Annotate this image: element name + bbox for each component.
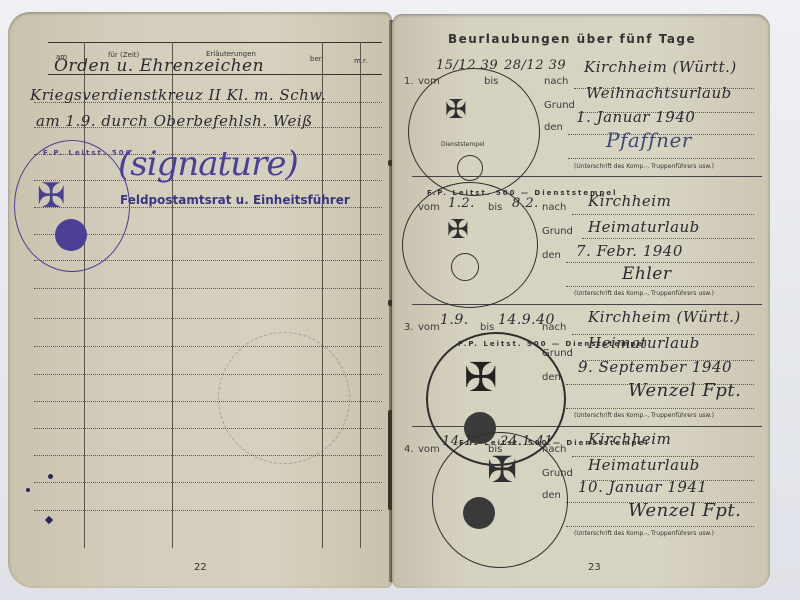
label-nach: nach [544,76,568,87]
leave-issue-date: 9. September 1940 [578,358,732,376]
eagle-emblem-icon: ✠ [447,217,469,243]
right-page: Beurlaubungen über fünf Tage 1. vom bis … [392,14,770,588]
stamp-ring-text: F.P. Leitst. 500 — Dienststempel [458,340,649,348]
label-den: den [542,250,561,261]
signature-title-stamp: Feldpostamtsrat u. Einheitsführer [120,193,350,207]
left-page: am für (Zeit) Erläuterungen ber. m.r. Or… [8,12,392,588]
field-line [572,214,754,215]
leave-index: 3. [404,322,414,333]
row-line [34,346,382,347]
wreath-emblem-icon [463,497,495,529]
leave-from-date: 1.9. [440,312,469,328]
ink-spot [26,488,30,492]
leave-issue-date: 10. Januar 1941 [578,478,707,496]
stamp-label: Dienststempel [441,141,484,148]
row-line [34,482,382,483]
label-nach: nach [542,202,566,213]
stamp-ring-text: F.P. Leitst. 500 — Dienststempel [427,189,618,197]
wreath-emblem-icon [457,155,483,181]
ink-spot [45,516,53,524]
label-vom: vom [418,444,440,455]
row-line [34,510,382,511]
official-stamp-blue: F.P. Leitst. 500 ✠ [14,140,130,272]
signature-caption: (Unterschrift des Komp.-, Truppenführers… [574,163,714,170]
row-line [34,288,382,289]
field-line [582,238,754,239]
leave-destination: Kirchheim (Württ.) [584,58,737,76]
field-line [566,408,754,409]
leave-issue-date: 1. Januar 1940 [576,108,695,126]
signature-caption: (Unterschrift des Komp.-, Truppenführers… [574,530,714,537]
column-divider [322,42,323,548]
stamp-ring-text: F.P. Leitst. 500 — Dienststempel [459,439,650,447]
official-stamp: F.P. Leitst. 500 — Dienststempel ✠ [402,182,538,308]
label-grund: Grund [542,226,573,237]
page-title: Beurlaubungen über fünf Tage [448,32,696,46]
signature-caption: (Unterschrift des Komp.-, Truppenführers… [574,290,714,297]
leave-index: 4. [404,444,414,455]
field-line [566,286,754,287]
official-stamp: F.P. Leitst. 500 — Dienststempel ✠ [432,432,568,568]
leave-reason: Weihnachtsurlaub [586,84,732,102]
label-vom: vom [418,322,440,333]
signature-caption: (Unterschrift des Komp.-, Truppenführers… [574,412,714,419]
page-number: 22 [194,562,207,573]
leave-reason: Heimaturlaub [588,218,700,236]
handwritten-entry: Kriegsverdienstkreuz II Kl. m. Schw. [30,86,326,104]
eagle-emblem-icon: ✠ [464,358,498,398]
leave-signature: Pfaffner [606,128,692,152]
field-line [568,158,754,159]
ink-spot [48,474,53,479]
handwritten-entry: am 1.9. durch Oberbefehlsh. Weiß [36,112,313,130]
header-rule-top [48,42,382,43]
label-grund: Grund [544,100,575,111]
field-line [566,526,754,527]
wreath-emblem-icon [55,219,87,251]
leave-issue-date: 7. Febr. 1940 [576,242,683,260]
leave-to-date: 28/12 39 [504,58,566,73]
faded-stamp [218,332,350,464]
wreath-emblem-icon [451,253,479,281]
field-line [566,262,754,263]
label-den: den [544,122,563,133]
leave-to-date: 14.9.40 [498,312,555,328]
page-number: 23 [588,562,601,573]
handwritten-entry: Orden u. Ehrenzeichen [54,56,264,76]
leave-destination: Kirchheim (Württ.) [588,308,741,326]
leave-index: 1. [404,76,414,87]
official-stamp: ✠ Dienststempel [408,68,540,196]
eagle-emblem-icon: ✠ [445,97,467,123]
leave-signature: Wenzel Fpt. [628,500,741,521]
signature-scrawl: (signature) [118,144,298,184]
column-divider [360,42,361,548]
eagle-emblem-icon: ✠ [487,453,517,489]
row-line [34,318,382,319]
leave-signature: Ehler [622,264,671,284]
leave-signature: Wenzel Fpt. [628,380,741,401]
row-line [34,455,382,456]
eagle-emblem-icon: ✠ [37,179,66,213]
leave-reason: Heimaturlaub [588,456,700,474]
